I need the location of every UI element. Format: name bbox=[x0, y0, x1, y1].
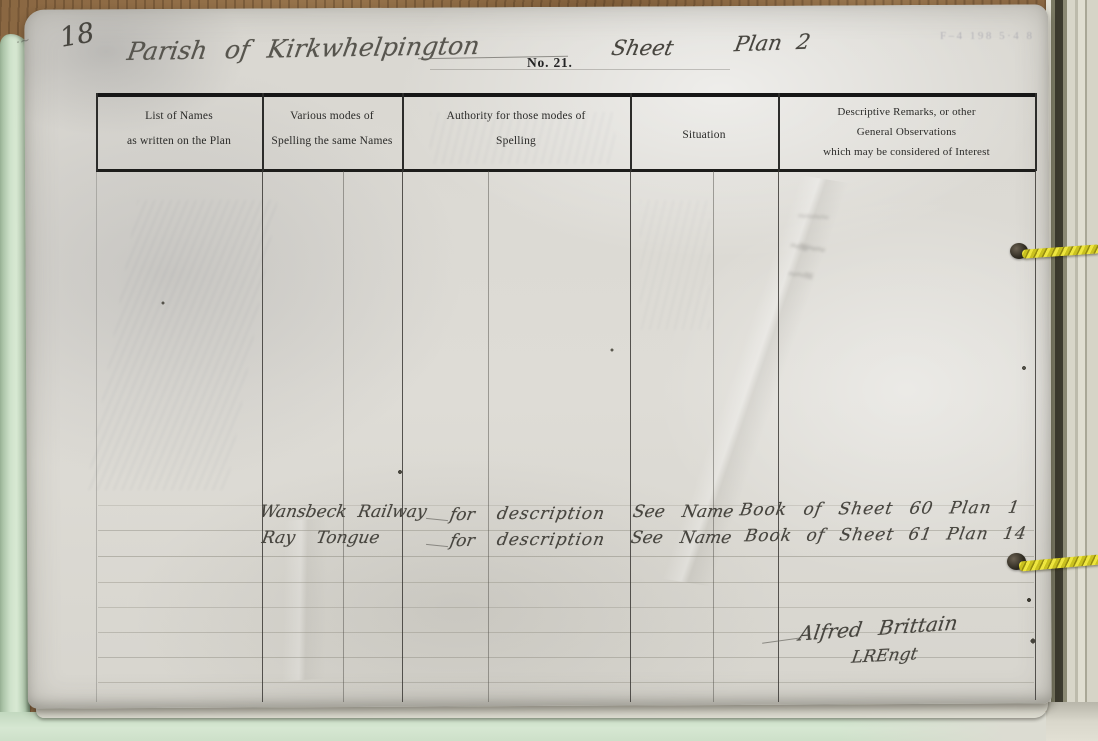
faint-ruled-guide-line bbox=[430, 69, 730, 70]
entry-authority: for bbox=[448, 531, 476, 551]
header-line: Authority for those modes of bbox=[402, 104, 630, 129]
column-header-remarks: Descriptive Remarks, or other General Ob… bbox=[778, 102, 1035, 162]
sub-column-line bbox=[488, 171, 489, 702]
column-line bbox=[262, 171, 263, 702]
header-line: Spelling the same Names bbox=[262, 129, 402, 154]
surveyor-rank: LREngt bbox=[850, 644, 919, 667]
column-line bbox=[630, 171, 631, 702]
entry-remarks: Book of Sheet 61 Plan 14 bbox=[743, 524, 1028, 546]
sub-column-line bbox=[343, 171, 344, 702]
entry-remarks: Book of Sheet 60 Plan 1 bbox=[738, 498, 1022, 520]
entry-situation: See Name bbox=[629, 528, 733, 548]
column-header-authority: Authority for those modes of Spelling bbox=[402, 104, 630, 154]
ink-showthrough-situation-column bbox=[640, 200, 710, 330]
entry-spelling: Ray Tongue bbox=[260, 528, 381, 548]
column-header-names: List of Names as written on the Plan bbox=[96, 104, 262, 154]
entry-situation: See Name bbox=[631, 502, 735, 522]
book-page-stack-edges bbox=[1046, 0, 1098, 741]
entry-authority: for bbox=[448, 505, 476, 525]
header-line: which may be considered of Interest bbox=[778, 142, 1035, 162]
column-header-situation: Situation bbox=[630, 123, 778, 148]
header-bottom-rule bbox=[96, 169, 1036, 172]
body-left-border bbox=[96, 171, 97, 702]
column-line bbox=[402, 171, 403, 702]
entry-authority-detail: description bbox=[495, 530, 607, 550]
header-line: Descriptive Remarks, or other bbox=[778, 102, 1035, 122]
header-line: Spelling bbox=[402, 129, 630, 154]
ruled-line bbox=[98, 682, 1034, 683]
header-line: Situation bbox=[630, 123, 778, 148]
header-line: General Observations bbox=[778, 122, 1035, 142]
faded-stamp: F–4 198 5·4 8 bbox=[940, 30, 1035, 42]
ruled-line bbox=[98, 556, 1034, 557]
ruled-line bbox=[98, 582, 1034, 583]
ruled-line bbox=[98, 607, 1034, 608]
header-line: Various modes of bbox=[262, 104, 402, 129]
entry-spelling: Wansbeck Railway bbox=[258, 502, 428, 522]
sub-column-line bbox=[713, 171, 714, 702]
parish-title-handwritten: Parish of Kirkwhelpington bbox=[125, 31, 482, 66]
header-line: as written on the Plan bbox=[96, 129, 262, 154]
table-top-rule bbox=[96, 93, 1036, 97]
column-line bbox=[778, 171, 779, 702]
column-header-spelling-modes: Various modes of Spelling the same Names bbox=[262, 104, 402, 154]
page-number: 18 bbox=[58, 17, 97, 53]
header-right-border bbox=[1035, 93, 1037, 171]
entry-authority-detail: description bbox=[495, 504, 607, 524]
photograph-of-name-book-page: ·~ 18 Parish of Kirkwhelpington No. 21. … bbox=[0, 0, 1098, 741]
erased-pencil-smudge: ~~≈ bbox=[787, 267, 813, 286]
header-line: List of Names bbox=[96, 104, 262, 129]
sheet-label-handwritten: Sheet bbox=[609, 36, 675, 60]
plan-label-handwritten: Plan 2 bbox=[733, 30, 813, 57]
bottom-right-cloth bbox=[1046, 702, 1098, 741]
erased-pencil-smudge: ~~~~ bbox=[798, 209, 829, 227]
